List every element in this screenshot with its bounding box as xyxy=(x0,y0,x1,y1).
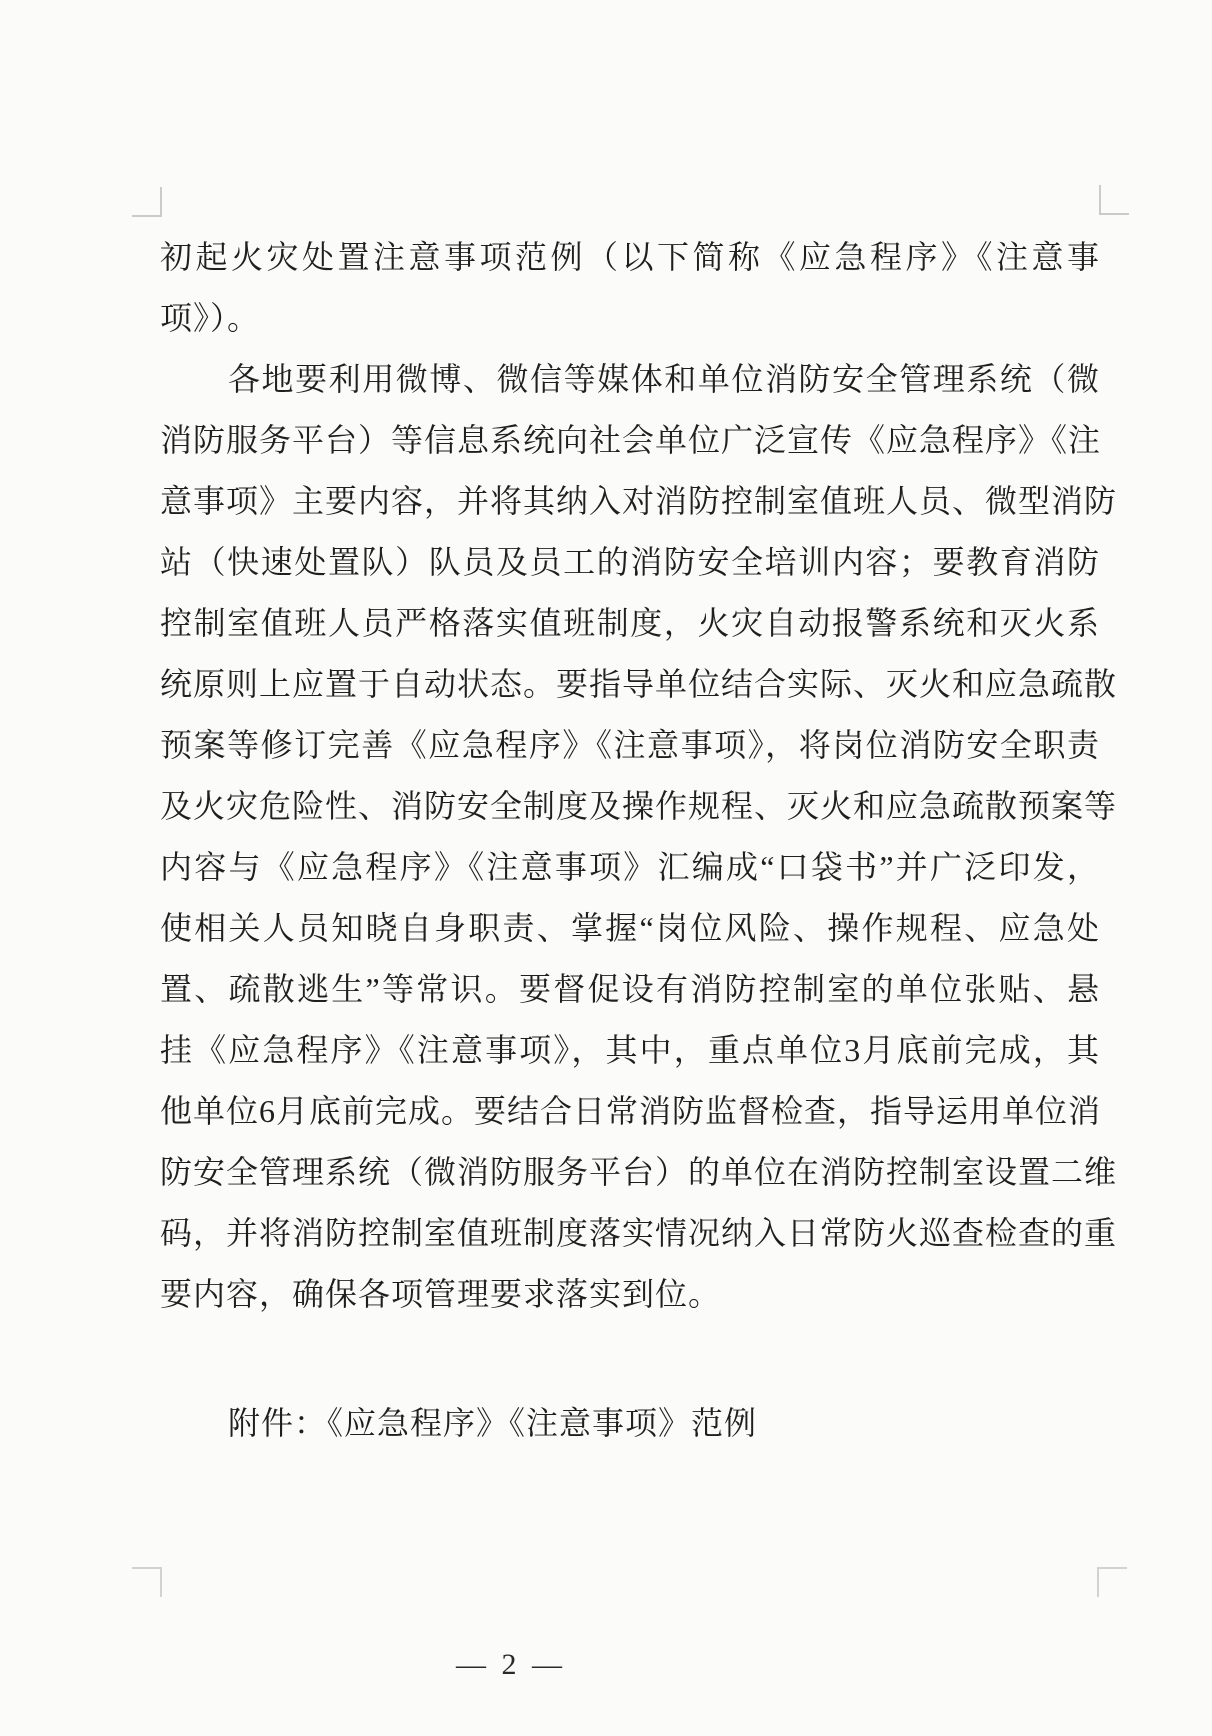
text-line: 初起火灾处置注意事项范例（以下简称《应急程序》《注意事 xyxy=(160,227,1100,288)
document-page: 初起火灾处置注意事项范例（以下简称《应急程序》《注意事 项》）。 各地要利用微博… xyxy=(0,0,1212,1736)
text-line: 各地要利用微博、微信等媒体和单位消防安全管理系统（微 xyxy=(160,349,1100,410)
page-number: — 2 — xyxy=(0,1648,1117,1682)
text-line: 项》）。 xyxy=(160,288,1100,349)
text-line: 意事项》主要内容，并将其纳入对消防控制室值班人员、微型消防 xyxy=(160,471,1100,532)
crop-mark-top-left xyxy=(132,187,162,217)
text-line: 控制室值班人员严格落实值班制度，火灾自动报警系统和灭火系 xyxy=(160,593,1100,654)
text-line: 置、疏散逃生”等常识。要督促设有消防控制室的单位张贴、悬 xyxy=(160,959,1100,1020)
text-line: 挂《应急程序》《注意事项》，其中，重点单位3月底前完成，其 xyxy=(160,1020,1100,1081)
text-line: 他单位6月底前完成。要结合日常消防监督检查，指导运用单位消 xyxy=(160,1081,1100,1142)
body-text: 初起火灾处置注意事项范例（以下简称《应急程序》《注意事 项》）。 各地要利用微博… xyxy=(160,227,1100,1454)
text-line: 统原则上应置于自动状态。要指导单位结合实际、灭火和应急疏散 xyxy=(160,654,1100,715)
crop-mark-bottom-left xyxy=(132,1567,162,1597)
text-line: 及火灾危险性、消防安全制度及操作规程、灭火和应急疏散预案等 xyxy=(160,776,1100,837)
attachment-line: 附件：《应急程序》《注意事项》范例 xyxy=(160,1393,1100,1454)
text-line: 防安全管理系统（微消防服务平台）的单位在消防控制室设置二维 xyxy=(160,1142,1100,1203)
text-line: 消防服务平台）等信息系统向社会单位广泛宣传《应急程序》《注 xyxy=(160,410,1100,471)
text-line: 要内容，确保各项管理要求落实到位。 xyxy=(160,1264,1100,1325)
text-line: 站（快速处置队）队员及员工的消防安全培训内容；要教育消防 xyxy=(160,532,1100,593)
crop-mark-top-right xyxy=(1099,185,1129,215)
text-line: 使相关人员知晓自身职责、掌握“岗位风险、操作规程、应急处 xyxy=(160,898,1100,959)
text-line: 预案等修订完善《应急程序》《注意事项》，将岗位消防安全职责 xyxy=(160,715,1100,776)
text-line: 码，并将消防控制室值班制度落实情况纳入日常防火巡查检查的重 xyxy=(160,1203,1100,1264)
text-line: 内容与《应急程序》《注意事项》汇编成“口袋书”并广泛印发， xyxy=(160,837,1100,898)
crop-mark-bottom-right xyxy=(1097,1567,1127,1597)
